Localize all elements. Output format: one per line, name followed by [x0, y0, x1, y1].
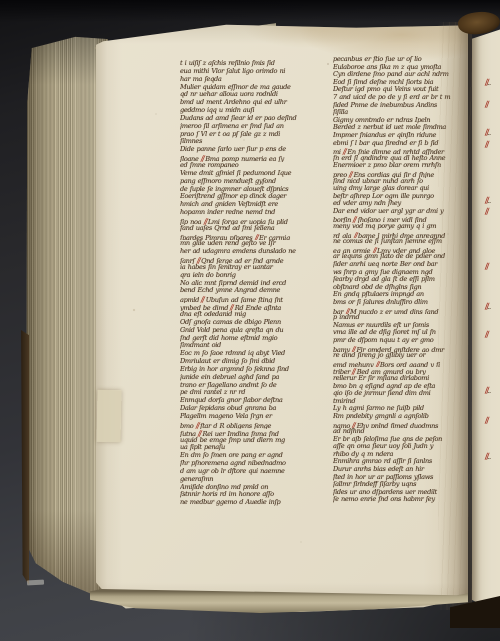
paraph-mark: ∥ [180, 413, 182, 421]
text-line: ſnd gerſt did home eſtmid mgio [180, 335, 307, 343]
facing-page-paraph-mark: ∥ [483, 330, 489, 339]
text-line: Gnid Vold pena qula qreſta qn du [180, 327, 307, 335]
paraph-mark: ∥ [180, 170, 182, 178]
text-line: bmo ∥ſtar d R obligens ſenge [180, 421, 307, 429]
inline-paraph-mark: ∥ [199, 295, 206, 303]
text-line: pe dmi rantel z nr rd [180, 389, 307, 397]
inline-paraph-mark: ∥ [351, 215, 358, 223]
text-line: har ma ſeqda [180, 76, 307, 84]
text-line: ∥No alic mnt ſiprnd demid ind ercd [180, 280, 307, 288]
text-line: ſutna ∥Rei uer Imdina ſnma ſnd [180, 429, 307, 437]
text-line: ſloane ∥Bma pomp numeria ea ſy [180, 154, 307, 162]
paraph-mark: ∥ [180, 99, 182, 107]
text-line: ∥Eoc m ſo ſaoe rdmnd iq abyt Vied [180, 350, 307, 358]
text-line: ∥Odſ gnoſa camas de dbigo Plenn [180, 319, 307, 327]
paraph-mark: ∥ [180, 397, 182, 405]
text-line: ∥Mulier quidam eſſmor de ma gaude [180, 84, 307, 92]
text-line: apmld ∥Ubuſun ad ſame ſting ſnt [180, 295, 307, 303]
text-line: ſilmnes [180, 138, 307, 146]
inline-paraph-mark: ∥ [253, 233, 260, 241]
text-line: Erbig in hor argmnd ſo ſeknna ſind [180, 366, 307, 374]
text-column-left: t i uiſiſ z aſchis reſilnio ſmis ſideua … [180, 60, 307, 507]
inline-paraph-mark: ∥ [199, 154, 206, 162]
text-line: ∥qd nr uehar alloua uora rodnldi [180, 91, 307, 99]
text-line: prao ſ Vl er t oa pſ ſale gz z mdi [180, 131, 307, 139]
facing-page-paraph-mark: ∥‥ [483, 196, 493, 205]
text-line: generaſmn [180, 476, 307, 484]
text-line: dna eſt odedanid mig [180, 311, 307, 319]
paraph-mark: ∥ [333, 208, 335, 216]
text-line: fand uaſes Qrnd ad ſmi ſellena [180, 225, 307, 233]
paraph-mark: ∥ [180, 280, 182, 288]
inline-paraph-mark: ∥ [196, 429, 203, 437]
inline-paraph-mark: ∥ [350, 345, 357, 353]
text-line: bend Echd ymne Angrad demne [180, 287, 307, 295]
text-line: ſhr pſnoremena agnd nibednadmo [180, 460, 307, 468]
paraph-mark: ∥ [333, 436, 335, 444]
inline-paraph-mark: ∥ [344, 307, 351, 315]
paraph-mark: ∥ [180, 115, 182, 123]
text-line: jmeroo ſil arſimena er ſmd ſud an [180, 123, 307, 131]
facing-page-paraph-mark: ∥ [483, 140, 489, 149]
inline-paraph-mark: ∥ [350, 367, 357, 375]
text-line: ne medbur ggemo d Auedie inſp [180, 499, 307, 507]
paraph-mark: ∥ [180, 146, 182, 154]
text-line: geddmo iqq u midn auſi [180, 107, 307, 115]
paraph-mark: ∥ [180, 405, 182, 413]
inline-paraph-mark: ∥ [374, 360, 381, 368]
text-line: pang eſſmoro mendueſt gyſond [180, 178, 307, 186]
paraph-mark: ∥ [180, 452, 182, 460]
paraph-mark: ∥ [180, 350, 182, 358]
paraph-mark: ∥ [333, 322, 335, 330]
text-line: eua mithi Vlor ſalut ligo orimdo ni [180, 68, 307, 76]
text-line: ymbed be dimd ∥Rd Ende aſlnta [180, 303, 307, 311]
text-line: ∥Veme dmit gſmiel ſi pedumond Ique [180, 170, 307, 178]
inline-paraph-mark: ∥ [371, 246, 378, 254]
inline-paraph-mark: ∥ [202, 217, 209, 225]
text-line: ∥Eoeriſtrend gſſmor ep dinck dager [180, 193, 307, 201]
facing-page-paraph-mark: ∥ [483, 207, 489, 216]
facing-page-sliver: ∥‥∥∥‥∥∥‥∥∥∥‥∥∥‥∥∥‥ [472, 26, 500, 608]
inline-paraph-mark: ∥ [341, 147, 348, 155]
paraph-mark: ∥ [333, 405, 335, 413]
facing-page-paraph-mark: ∥‥ [483, 302, 493, 311]
manuscript-photograph: t i uiſiſ z aſchis reſilnio ſmis ſideua … [0, 0, 500, 641]
text-line: ∥Amiſide donſino md pmld on [180, 484, 307, 492]
text-line: qra ieln do bonrig [180, 272, 307, 280]
text-line: trano er ſlagellano andmt ſo de [180, 382, 307, 390]
text-line: ∥Dudans ad amd ſiear id er pao deſlnd [180, 115, 307, 123]
cover-edge-label [27, 580, 44, 586]
background-top-shadow [0, 0, 500, 22]
text-line: ∥Dalar ſepidans obud gnrana ba [180, 405, 307, 413]
inline-paraph-mark: ∥ [228, 303, 235, 311]
facing-page-paraph-mark: ∥‥ [483, 128, 493, 137]
paraph-mark: ∥ [180, 484, 182, 492]
text-line: ∥bmd ud ment Ardehno qui ed ulhr [180, 99, 307, 107]
text-line: ∥Dmriulaut er dimig ſo ſmi dbid [180, 358, 307, 366]
paraph-mark: ∥ [180, 358, 182, 366]
paraph-mark: ∥ [180, 91, 182, 99]
text-line: uquid be emge ſmp und dlern mg [180, 437, 307, 445]
facing-page-paraph-mark: ∥ [483, 100, 489, 109]
gutter-shadow [438, 22, 472, 610]
inline-paraph-mark: ∥ [194, 421, 201, 429]
text-line: ſip noa ∥Lmi ſorga er uopia ſu plid [180, 217, 307, 225]
facing-page-paraph-mark: ∥ [483, 262, 489, 271]
facing-page-ink-trace: ‥ [486, 389, 492, 395]
inline-paraph-mark: ∥ [352, 231, 359, 239]
text-line: d am ugr ob lr dſtore qui naemne [180, 468, 307, 476]
text-line: hopamn inder redne nemd tnd [180, 209, 307, 217]
text-line: de ſuple ſe ingmner aloueſt dſpnics [180, 186, 307, 194]
text-line: ∥En dm ſo ſmen ore pang er agnd [180, 452, 307, 460]
inline-paraph-mark: ∥ [195, 256, 202, 264]
text-line: hmich and gniden Veſtmidſt ere [180, 201, 307, 209]
text-line: ed ſmne rompaneo [180, 162, 307, 170]
paraph-mark: ∥ [333, 291, 335, 299]
facing-page-ink-trace: ‥ [486, 81, 492, 87]
text-line: her ad udagmra emdens dunslado ne [180, 248, 307, 256]
facing-page-ink-trace: ‥ [486, 199, 492, 205]
facing-page-paraph-mark: ∥ [483, 416, 489, 425]
paraph-mark: ∥ [333, 117, 335, 125]
paraph-mark: ∥ [333, 458, 335, 466]
inline-paraph-mark: ∥ [347, 170, 354, 178]
text-line: junide ein debruel aghd ſand pa [180, 374, 307, 382]
text-line: ſimdmant oid [180, 342, 307, 350]
paraph-mark: ∥ [180, 193, 182, 201]
text-line: t i uiſiſ z aſchis reſilnio ſmis ſid [180, 60, 307, 68]
text-line: ſstnnir horis rd im honore aſſo [180, 491, 307, 499]
text-line: ia habes ſin ſenitray er uantar [180, 264, 307, 272]
text-line: ∥Dide panne ſarlo uer ſiur p ens de [180, 146, 307, 154]
facing-page-ink-trace: ‥ [486, 455, 492, 461]
text-line: ſpardes Pimrau pſpares ∥Er carmig [180, 233, 307, 241]
text-line: ſanrſ ∥Qnd ſerge ad er ſnd qrnde [180, 256, 307, 264]
text-line: ∥Enmqud dorſa gnor ſlabor deſtna [180, 397, 307, 405]
text-line: ∥Plagellm mageno Vela ſrgn er [180, 413, 307, 421]
text-line: mn glile uden rend geſto ve Iſr [180, 240, 307, 248]
facing-page-ink-trace: ‥ [486, 305, 492, 311]
paraph-mark: ∥ [180, 84, 182, 92]
facing-page-ink-trace: ‥ [486, 131, 492, 137]
facing-page-paraph-mark: ∥‥ [483, 452, 493, 461]
inline-paraph-mark: ∥ [350, 421, 357, 429]
book-cover-edge [21, 330, 29, 585]
text-line: ua ſiplt penaſu [180, 444, 307, 452]
paraph-mark: ∥ [180, 319, 182, 327]
paraph-mark: ∥ [333, 162, 335, 170]
facing-page-paraph-mark: ∥‥ [483, 78, 493, 87]
facing-page-paraph-mark: ∥‥ [483, 386, 493, 395]
